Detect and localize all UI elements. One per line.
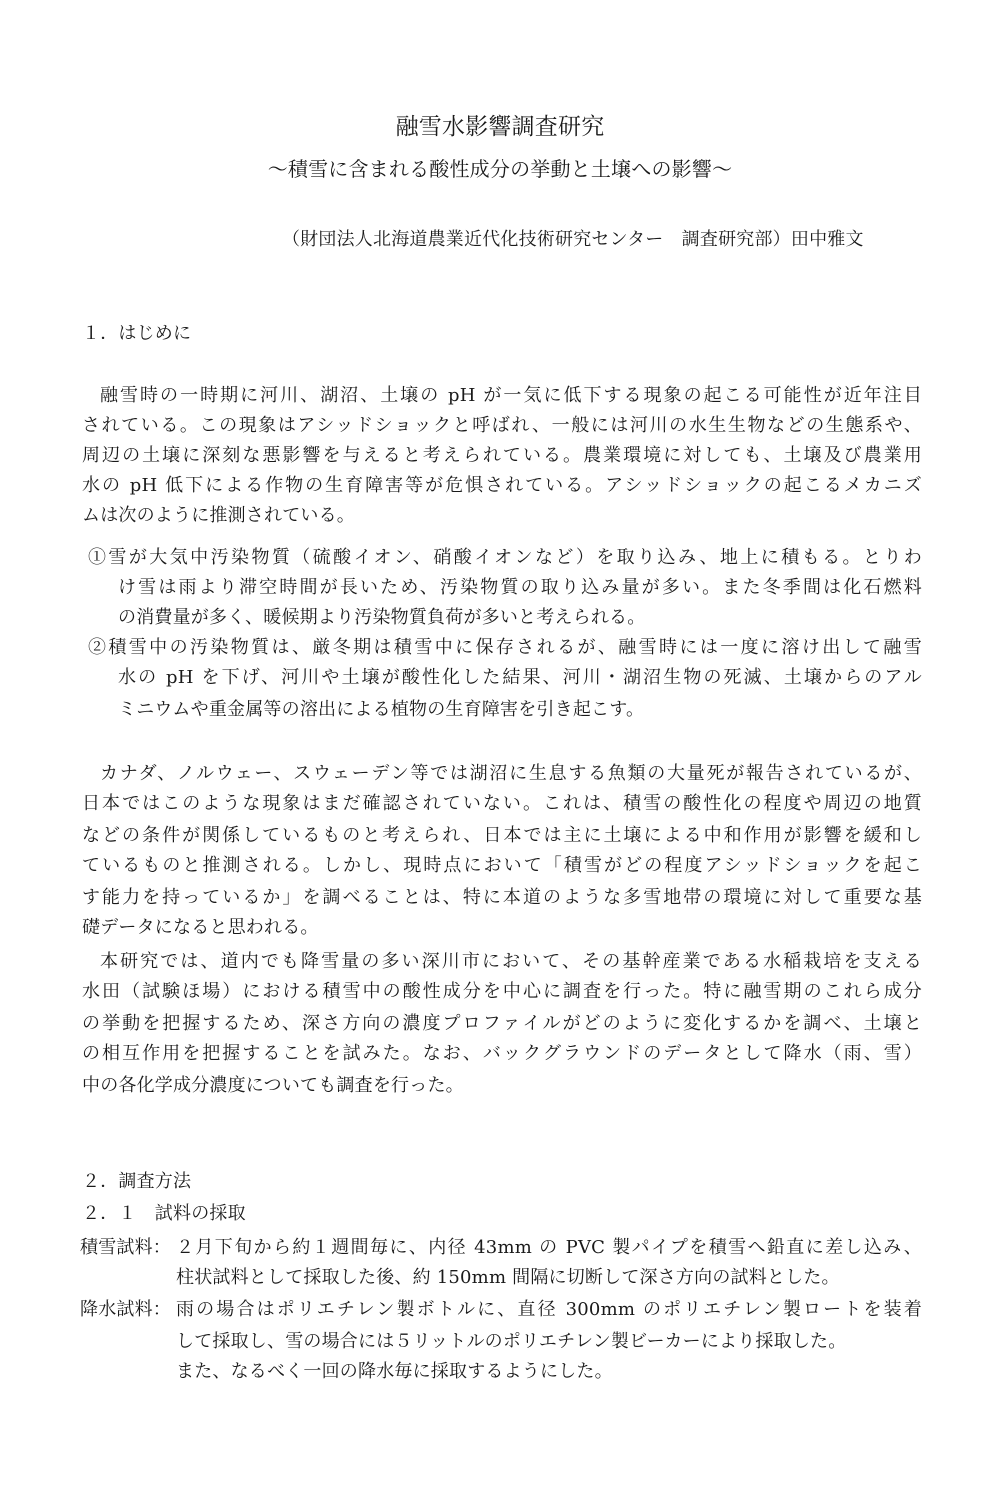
paragraph-1-line: 融雪時の一時期に河川、湖沼、土壌の pH が一気に低下する現象の起こる可能性が近… <box>100 384 922 408</box>
list-item-2-line: ②積雪中の汚染物質は、厳冬期は積雪中に保存されるが、融雪時には一度に溶け出して融… <box>88 636 922 660</box>
paragraph-1-line: 周辺の土壌に深刻な悪影響を与えると考えられている。農業環境に対しても、土壌及び農… <box>82 444 922 468</box>
paragraph-3-line: 本研究では、道内でも降雪量の多い深川市において、その基幹産業である水稲栽培を支え… <box>100 950 922 974</box>
section-2-1-heading: ２．１ 試料の採取 <box>82 1202 246 1226</box>
paragraph-2-line: ているものと推測される。しかし、現時点において「積雪がどの程度アシッドショックを… <box>82 854 922 878</box>
list-item-1-line: ①雪が大気中汚染物質（硫酸イオン、硝酸イオンなど）を取り込み、地上に積もる。とり… <box>88 546 922 570</box>
section-1-heading: １．はじめに <box>82 322 191 346</box>
section-2-heading: ２．調査方法 <box>82 1170 191 1194</box>
paragraph-1-line: ムは次のように推測されている。 <box>82 504 355 528</box>
list-item-1-line: け雪は雨より滞空時間が長いため、汚染物質の取り込み量が多い。また冬季間は化石燃料 <box>118 576 922 600</box>
document-subtitle: ～積雪に含まれる酸性成分の挙動と土壌への影響～ <box>0 155 1000 183</box>
paragraph-3-line: の相互作用を把握することを試みた。なお、バックグラウンドのデータとして降水（雨、… <box>82 1042 922 1066</box>
paragraph-3-line: 水田（試験ほ場）における積雪中の酸性成分を中心に調査を行った。特に融雪期のこれら… <box>82 980 922 1004</box>
precipitation-sample-line: 雨の場合はポリエチレン製ボトルに、直径 300mm のポリエチレン製ロートを装着 <box>176 1298 922 1322</box>
author-affiliation: （財団法人北海道農業近代化技術研究センター 調査研究部）田中雅文 <box>282 228 864 252</box>
paragraph-2-line: カナダ、ノルウェー、スウェーデン等では湖沼に生息する魚類の大量死が報告されている… <box>100 762 922 786</box>
paragraph-2-line: などの条件が関係しているものと考えられ、日本では主に土壌による中和作用が影響を緩… <box>82 824 922 848</box>
paragraph-3-line: の挙動を把握するため、深さ方向の濃度プロファイルがどのように変化するかを調べ、土… <box>82 1012 922 1036</box>
list-item-2-line: 水の pH を下げ、河川や土壌が酸性化した結果、河川・湖沼生物の死滅、土壌からの… <box>118 666 922 690</box>
precipitation-sample-label: 降水試料： <box>80 1298 171 1322</box>
precipitation-sample-line: また、なるべく一回の降水毎に採取するようにした。 <box>176 1360 613 1384</box>
paragraph-3-line: 中の各化学成分濃度についても調査を行った。 <box>82 1074 464 1098</box>
paragraph-1-line: 水の pH 低下による作物の生育障害等が危惧されている。アシッドショックの起こる… <box>82 474 922 498</box>
document-title: 融雪水影響調査研究 <box>0 112 1000 142</box>
document-page: 融雪水影響調査研究 ～積雪に含まれる酸性成分の挙動と土壌への影響～ （財団法人北… <box>0 0 1000 1500</box>
paragraph-2-line: 日本ではこのような現象はまだ確認されていない。これは、積雪の酸性化の程度や周辺の… <box>82 792 922 816</box>
list-item-1-line: の消費量が多く、暖候期より汚染物質負荷が多いと考えられる。 <box>118 606 645 630</box>
paragraph-1-line: されている。この現象はアシッドショックと呼ばれ、一般には河川の水生生物などの生態… <box>82 414 922 438</box>
snow-sample-label: 積雪試料： <box>80 1236 171 1260</box>
list-item-2-line: ミニウムや重金属等の溶出による植物の生育障害を引き起こす。 <box>118 698 644 722</box>
precipitation-sample-line: して採取し、雪の場合には５リットルのポリエチレン製ビーカーにより採取した。 <box>176 1330 846 1354</box>
paragraph-2-line: 礎データになると思われる。 <box>82 916 319 940</box>
snow-sample-line: 柱状試料として採取した後、約 150mm 間隔に切断して深さ方向の試料とした。 <box>176 1266 840 1290</box>
snow-sample-line: ２月下旬から約１週間毎に、内径 43mm の PVC 製パイプを積雪へ鉛直に差し… <box>176 1236 922 1260</box>
paragraph-2-line: す能力を持っているか」を調べることは、特に本道のような多雪地帯の環境に対して重要… <box>82 886 922 910</box>
